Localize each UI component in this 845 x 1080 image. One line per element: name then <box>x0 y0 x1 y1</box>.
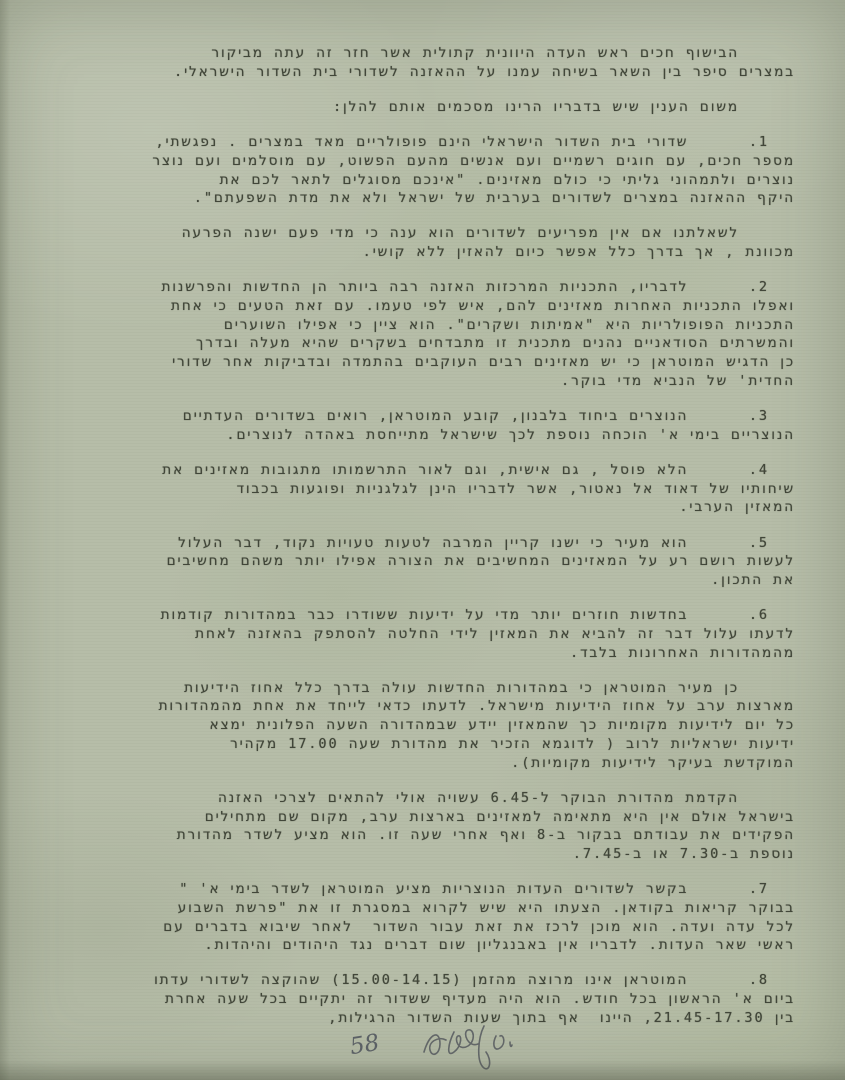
text-line: 4. הלא פוסל , גם אישית, וגם לאור התרשמות… <box>26 461 795 480</box>
text-line: ראשי שאר העדות. לדבריו אין באבנגליון שום… <box>26 936 795 955</box>
scan-edge-shadow-left <box>0 0 10 1080</box>
text-line: משום הענין שיש בדבריו הרינו מסכמים אותם … <box>26 98 795 117</box>
text-line: מכוונת , אך בדרך כלל אפשר כיום להאזין לל… <box>26 243 795 262</box>
text-line: והמשרתים הסודאניים נהנים מתכנית זו מתבדח… <box>26 334 795 353</box>
text-line: בבוקר קריאות בקודאן. הצעתו היא שיש לקרוא… <box>26 899 795 918</box>
text-line: היקף ההאזנה במצרים לשדורים בערבית של ישר… <box>26 189 795 208</box>
text-line: 6. בחדשות חוזרים יותר מדי על ידיעות ששוד… <box>26 606 795 625</box>
text-line: החדית' של הנביא מדי בוקר. <box>26 372 795 391</box>
paragraph: 3. הנוצרים ביחוד בלבנון, קובע המוטראן, ר… <box>26 407 795 444</box>
text-line: ואפלו התכניות האחרות מאזינים להם, איש לפ… <box>26 297 795 316</box>
handwritten-number: 58 <box>348 1030 381 1060</box>
text-line: הבישוף חכים ראש העדה היוונית קתולית אשר … <box>26 44 795 63</box>
paragraph: 2. לדבריו, התכניות המרכזות האזנה רבה ביו… <box>26 278 795 390</box>
scanned-document-page: הבישוף חכים ראש העדה היוונית קתולית אשר … <box>0 0 845 1080</box>
text-line: המוקדשת בעיקר לידיעות מקומיות). <box>26 754 795 773</box>
text-line: מארצות ערב על אחוז הידיעות מישראל. לדעתו… <box>26 697 795 716</box>
text-line: 8. המוטראן אינו מרוצה מהזמן (15.00-14.15… <box>26 971 795 990</box>
text-line: מהמהדורות האחרונות בלבד. <box>26 644 795 663</box>
text-line: ידיעות ישראליות לרוב ( לדוגמא הזכיר את מ… <box>26 735 795 754</box>
paragraph: הקדמת מהדורת הבוקר ל-6.45 עשויה אולי להת… <box>26 789 795 864</box>
scan-edge-shadow-bottom <box>0 1060 845 1080</box>
paragraph: 7. בקשר לשדורים העדות הנוצריות מציע המוט… <box>26 880 795 955</box>
paragraph: 8. המוטראן אינו מרוצה מהזמן (15.00-14.15… <box>26 971 795 1027</box>
text-line: נוצרים ולתמהוני גליתי כי כולם מאזינים. "… <box>26 171 795 190</box>
paragraph: 1. שדורי בית השדור הישראלי הינם פופולריי… <box>26 133 795 208</box>
text-line: כל יום לידיעות מקומיות כך שהמאזין יידע ש… <box>26 716 795 735</box>
text-line: הנוצריים בימי א' הוכחה נוספת לכך שישראל … <box>26 426 795 445</box>
text-line: הפקידים את עבודתם בבקור ב-8 ואף אחרי שעה… <box>26 826 795 845</box>
paragraph: 6. בחדשות חוזרים יותר מדי על ידיעות ששוד… <box>26 606 795 662</box>
paragraph: משום הענין שיש בדבריו הרינו מסכמים אותם … <box>26 98 795 117</box>
text-line: לעשות רושם רע על המאזינים המחשיבים את הצ… <box>26 552 795 571</box>
text-line: לדעתו עלול דבר זה להביא את המאזין לידי ה… <box>26 625 795 644</box>
paragraph: 5. הוא מעיר כי ישנו קריין המרבה לטעות טע… <box>26 534 795 590</box>
paragraph: הבישוף חכים ראש העדה היוונית קתולית אשר … <box>26 44 795 81</box>
text-line: 1. שדורי בית השדור הישראלי הינם פופולריי… <box>26 133 795 152</box>
text-line: ביום א' הראשון בכל חודש. הוא היה מעדיף ש… <box>26 990 795 1009</box>
text-line: המאזין הערבי. <box>26 498 795 517</box>
text-line: כן מעיר המוטראן כי במהדורות החדשות עולה … <box>26 679 795 698</box>
text-line: בישראל אולם אין היא מתאימה למאזינים בארצ… <box>26 808 795 827</box>
text-line: 3. הנוצרים ביחוד בלבנון, קובע המוטראן, ר… <box>26 407 795 426</box>
text-line: 2. לדבריו, התכניות המרכזות האזנה רבה ביו… <box>26 278 795 297</box>
text-line: במצרים סיפר בין השאר בשיחה עמנו על ההאזנ… <box>26 63 795 82</box>
text-line: בין 21.45-17.30, היינו אף בתוך שעות השדו… <box>26 1009 795 1028</box>
text-line: מספר חכים, עם חוגים רשמיים ועם אנשים מהע… <box>26 152 795 171</box>
paragraph: לשאלתנו אם אין מפריעים לשדורים הוא ענה כ… <box>26 224 795 261</box>
text-line: הקדמת מהדורת הבוקר ל-6.45 עשויה אולי להת… <box>26 789 795 808</box>
paragraph: 4. הלא פוסל , גם אישית, וגם לאור התרשמות… <box>26 461 795 517</box>
text-line: לכל עדה ועדה. הוא מוכן לרכז את זאת עבור … <box>26 918 795 937</box>
document-body: הבישוף חכים ראש העדה היוונית קתולית אשר … <box>26 44 795 1044</box>
text-line: לשאלתנו אם אין מפריעים לשדורים הוא ענה כ… <box>26 224 795 243</box>
text-line: את התכון. <box>26 571 795 590</box>
text-line: שיחותיו של דאוד אל נאטור, אשר לדבריו הינ… <box>26 480 795 499</box>
text-line: 5. הוא מעיר כי ישנו קריין המרבה לטעות טע… <box>26 534 795 553</box>
text-line: התכניות הפופולריות היא "אמיתות ושקרים". … <box>26 316 795 335</box>
text-line: נוספת ב-7.30 או ב-7.45. <box>26 845 795 864</box>
text-line: כן הדגיש המוטראן כי יש מאזינים רבים העוק… <box>26 353 795 372</box>
text-line: 7. בקשר לשדורים העדות הנוצריות מציע המוט… <box>26 880 795 899</box>
paragraph: כן מעיר המוטראן כי במהדורות החדשות עולה … <box>26 679 795 773</box>
